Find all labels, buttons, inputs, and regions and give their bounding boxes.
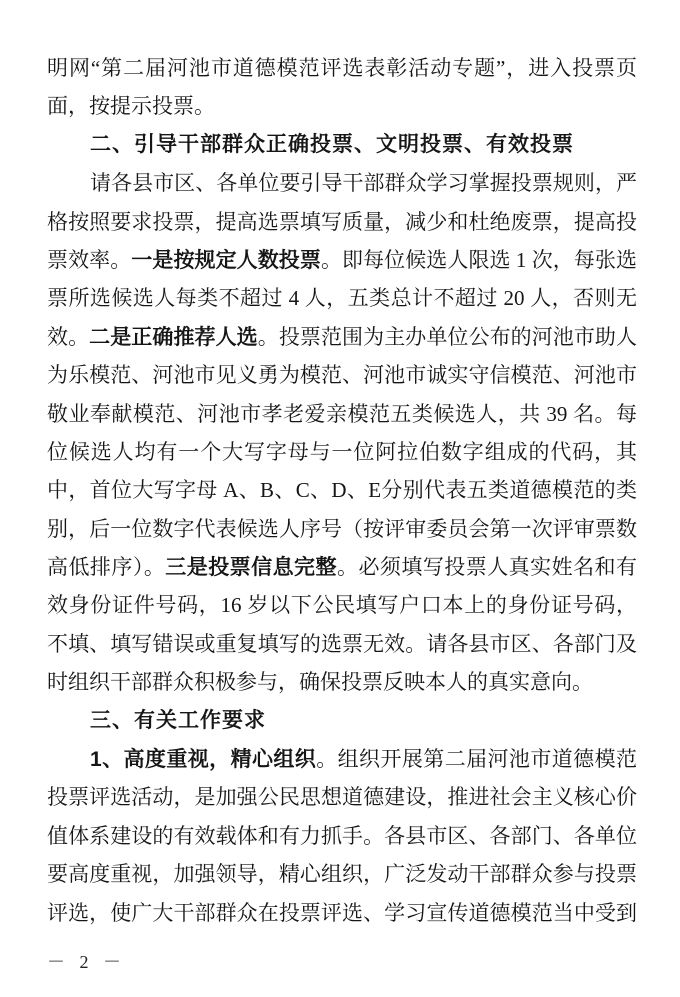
text-line: 格按照要求投票，提高选票填写质量，减少和杜绝废票，提高投 [47,203,637,241]
text-line: 面，按提示投票。 [47,87,637,125]
emphasis-text: 一是按规定人数投票 [131,249,321,272]
text-line: 高低排序）。三是投票信息完整。必须填写投票人真实姓名和有 [47,548,637,586]
emphasis-text: 三、有关工作要求 [90,709,266,732]
emphasis-text: 二、引导干部群众正确投票、文明投票、有效投票 [90,133,574,156]
page-footer: － 2 － [47,948,126,974]
text-segment: 面，按提示投票。 [47,94,215,118]
text-line: 敬业奉献模范、河池市孝老爱亲模范五类候选人，共 39 名。每 [47,395,637,433]
text-line: 时组织干部群众积极参与，确保投票反映本人的真实意向。 [47,663,637,701]
text-segment: 不填、填写错误或重复填写的选票无效。请各县市区、各部门及 [47,632,637,656]
text-line: 为乐模范、河池市见义勇为模范、河池市诚实守信模范、河池市 [47,356,637,394]
text-line: 评选，使广大干部群众在投票评选、学习宣传道德模范当中受到 [47,894,637,932]
text-segment: 票所选候选人每类不超过 4 人，五类总计不超过 20 人，否则无 [47,286,637,310]
text-line: 不填、填写错误或重复填写的选票无效。请各县市区、各部门及 [47,625,637,663]
text-line: 票效率。一是按规定人数投票。即每位候选人限选 1 次，每张选 [47,241,637,279]
text-segment: 评选，使广大干部群众在投票评选、学习宣传道德模范当中受到 [47,901,637,925]
section-heading: 三、有关工作要求 [47,702,637,740]
section-heading: 二、引导干部群众正确投票、文明投票、有效投票 [47,126,637,164]
text-segment: 效身份证件号码，16 岁以下公民填写户口本上的身份证号码， [47,593,637,617]
text-line: 效。二是正确推荐人选。投票范围为主办单位公布的河池市助人 [47,318,637,356]
text-line: 要高度重视，加强领导，精心组织，广泛发动干部群众参与投票 [47,855,637,893]
text-line: 明网“第二届河池市道德模范评选表彰活动专题”，进入投票页 [47,49,637,87]
text-segment: 。即每位候选人限选 1 次，每张选 [321,248,637,272]
text-segment: 值体系建设的有效载体和有力抓手。各县市区、各部门、各单位 [47,824,637,848]
text-line: 别，后一位数字代表候选人序号（按评审委员会第一次评审票数 [47,510,637,548]
emphasis-text: 二是正确推荐人选 [89,326,258,349]
text-line: 请各县市区、各单位要引导干部群众学习掌握投票规则，严 [47,164,637,202]
text-segment: 别，后一位数字代表候选人序号（按评审委员会第一次评审票数 [47,517,637,541]
document-page: 明网“第二届河池市道德模范评选表彰活动专题”，进入投票页面，按提示投票。二、引导… [0,0,680,997]
text-segment: 投票评选活动，是加强公民思想道德建设，推进社会主义核心价 [47,785,637,809]
text-segment: 中，首位大写字母 A、B、C、D、E分别代表五类道德模范的类 [47,478,637,502]
text-segment: 时组织干部群众积极参与，确保投票反映本人的真实意向。 [47,670,593,694]
text-segment: 票效率。 [47,248,131,272]
text-segment: 敬业奉献模范、河池市孝老爱亲模范五类候选人，共 39 名。每 [47,402,637,426]
text-segment: 要高度重视，加强领导，精心组织，广泛发动干部群众参与投票 [47,862,637,886]
text-line: 中，首位大写字母 A、B、C、D、E分别代表五类道德模范的类 [47,471,637,509]
text-segment: 。组织开展第二届河池市道德模范 [316,747,637,771]
text-segment: 。必须填写投票人真实姓名和有 [337,555,637,579]
page-number: － 2 － [47,952,126,972]
text-line: 效身份证件号码，16 岁以下公民填写户口本上的身份证号码， [47,586,637,624]
document-body: 明网“第二届河池市道德模范评选表彰活动专题”，进入投票页面，按提示投票。二、引导… [47,49,637,932]
text-segment: 。投票范围为主办单位公布的河池市助人 [258,325,637,349]
text-segment: 位候选人均有一个大写字母与一位阿拉伯数字组成的代码，其 [47,440,637,464]
text-segment: 高低排序）。 [47,555,165,579]
text-line: 票所选候选人每类不超过 4 人，五类总计不超过 20 人，否则无 [47,279,637,317]
emphasis-text: 1、高度重视，精心组织 [90,748,316,771]
text-line: 位候选人均有一个大写字母与一位阿拉伯数字组成的代码，其 [47,433,637,471]
text-segment: 为乐模范、河池市见义勇为模范、河池市诚实守信模范、河池市 [47,363,637,387]
text-line: 1、高度重视，精心组织。组织开展第二届河池市道德模范 [47,740,637,778]
text-line: 值体系建设的有效载体和有力抓手。各县市区、各部门、各单位 [47,817,637,855]
text-segment: 格按照要求投票，提高选票填写质量，减少和杜绝废票，提高投 [47,210,637,234]
text-line: 投票评选活动，是加强公民思想道德建设，推进社会主义核心价 [47,778,637,816]
text-segment: 明网“第二届河池市道德模范评选表彰活动专题”，进入投票页 [47,56,637,80]
text-segment: 请各县市区、各单位要引导干部群众学习掌握投票规则，严 [90,171,637,195]
text-segment: 效。 [47,325,89,349]
emphasis-text: 三是投票信息完整 [165,556,337,579]
